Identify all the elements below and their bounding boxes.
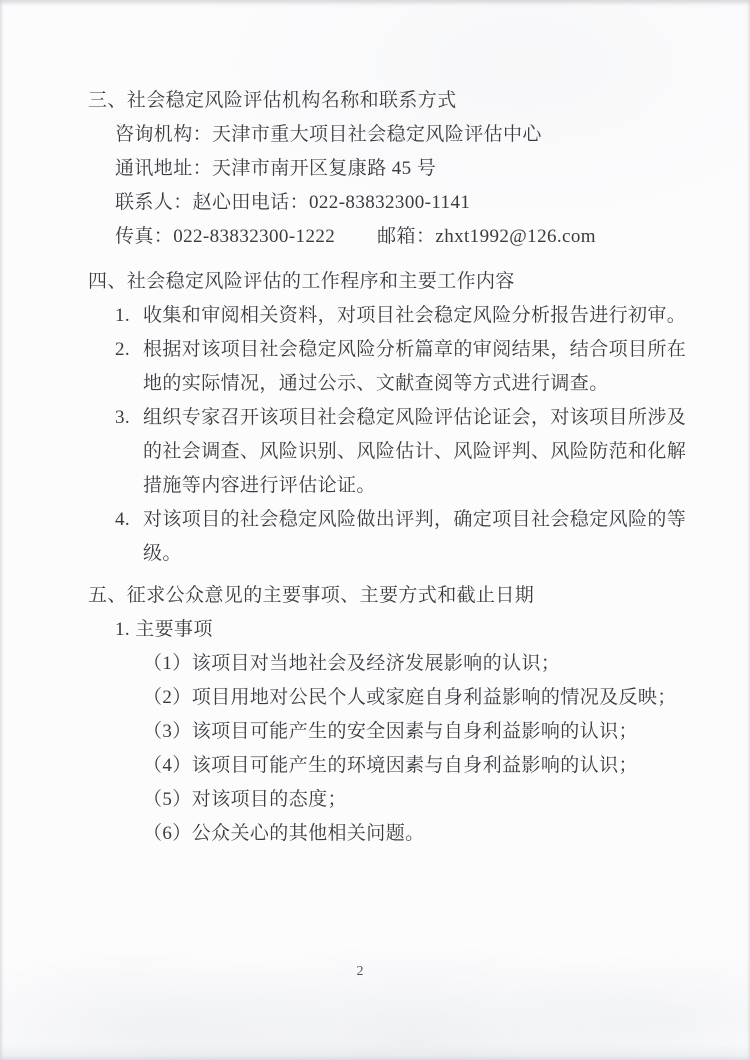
scanned-document-page: 三、社会稳定风险评估机构名称和联系方式 咨询机构：天津市重大项目社会稳定风险评估… xyxy=(0,0,750,1060)
opinion-item: （1）该项目对当地社会及经济发展影响的认识； xyxy=(143,647,690,681)
opinion-item: （5）对该项目的态度； xyxy=(143,783,690,817)
work-step-item: 4.对该项目的社会稳定风险做出评判，确定项目社会稳定风险的等 级。 xyxy=(88,503,690,571)
section-4-heading: 四、社会稳定风险评估的工作程序和主要工作内容 xyxy=(88,265,690,299)
work-step-item: 3.组织专家召开该项目社会稳定风险评估论证会，对该项目所涉及 的社会调查、风险识… xyxy=(88,401,690,503)
section-3-heading: 三、社会稳定风险评估机构名称和联系方式 xyxy=(88,84,690,118)
contact-phone-line: 联系人：赵心田电话：022-83832300-1141 xyxy=(115,186,690,220)
item-text: 对该项目的社会稳定风险做出评判，确定项目社会稳定风险的等 xyxy=(143,509,686,530)
item-text: 组织专家召开该项目社会稳定风险评估论证会，对该项目所涉及 xyxy=(143,407,686,428)
fax-email-line: 传真：022-83832300-1222邮箱：zhxt1992@126.com xyxy=(115,220,690,254)
main-matters-subheading: 1. 主要事项 xyxy=(115,613,690,647)
opinion-item: （4）该项目可能产生的环境因素与自身利益影响的认识； xyxy=(143,749,690,783)
document-content: 三、社会稳定风险评估机构名称和联系方式 咨询机构：天津市重大项目社会稳定风险评估… xyxy=(88,84,690,851)
item-text: 根据对该项目社会稳定风险分析篇章的审阅结果，结合项目所在 xyxy=(143,339,686,360)
opinion-item: （2）项目用地对公民个人或家庭自身利益影响的情况及反映； xyxy=(143,681,690,715)
fax-text: 传真：022-83832300-1222 xyxy=(115,226,335,247)
item-number: 1. xyxy=(115,299,143,333)
page-number: 2 xyxy=(0,964,720,980)
item-number: 4. xyxy=(115,503,143,537)
work-step-item: 2.根据对该项目社会稳定风险分析篇章的审阅结果，结合项目所在 地的实际情况，通过… xyxy=(88,333,690,401)
item-number: 3. xyxy=(115,401,143,435)
item-number: 2. xyxy=(115,333,143,367)
section-5-heading: 五、征求公众意见的主要事项、主要方式和截止日期 xyxy=(88,579,690,613)
consulting-org-line: 咨询机构：天津市重大项目社会稳定风险评估中心 xyxy=(115,118,690,152)
work-step-item: 1.收集和审阅相关资料，对项目社会稳定风险分析报告进行初审。 xyxy=(88,299,690,333)
item-text: 级。 xyxy=(143,537,690,571)
email-text: 邮箱：zhxt1992@126.com xyxy=(377,226,596,247)
item-text: 地的实际情况，通过公示、文献查阅等方式进行调查。 xyxy=(143,367,690,401)
opinion-item: （3）该项目可能产生的安全因素与自身利益影响的认识； xyxy=(143,715,690,749)
opinion-item: （6）公众关心的其他相关问题。 xyxy=(143,817,690,851)
item-text: 收集和审阅相关资料，对项目社会稳定风险分析报告进行初审。 xyxy=(143,305,686,326)
item-text: 措施等内容进行评估论证。 xyxy=(143,469,690,503)
item-text: 的社会调查、风险识别、风险估计、风险评判、风险防范和化解 xyxy=(143,435,690,469)
address-line: 通讯地址：天津市南开区复康路 45 号 xyxy=(115,152,690,186)
